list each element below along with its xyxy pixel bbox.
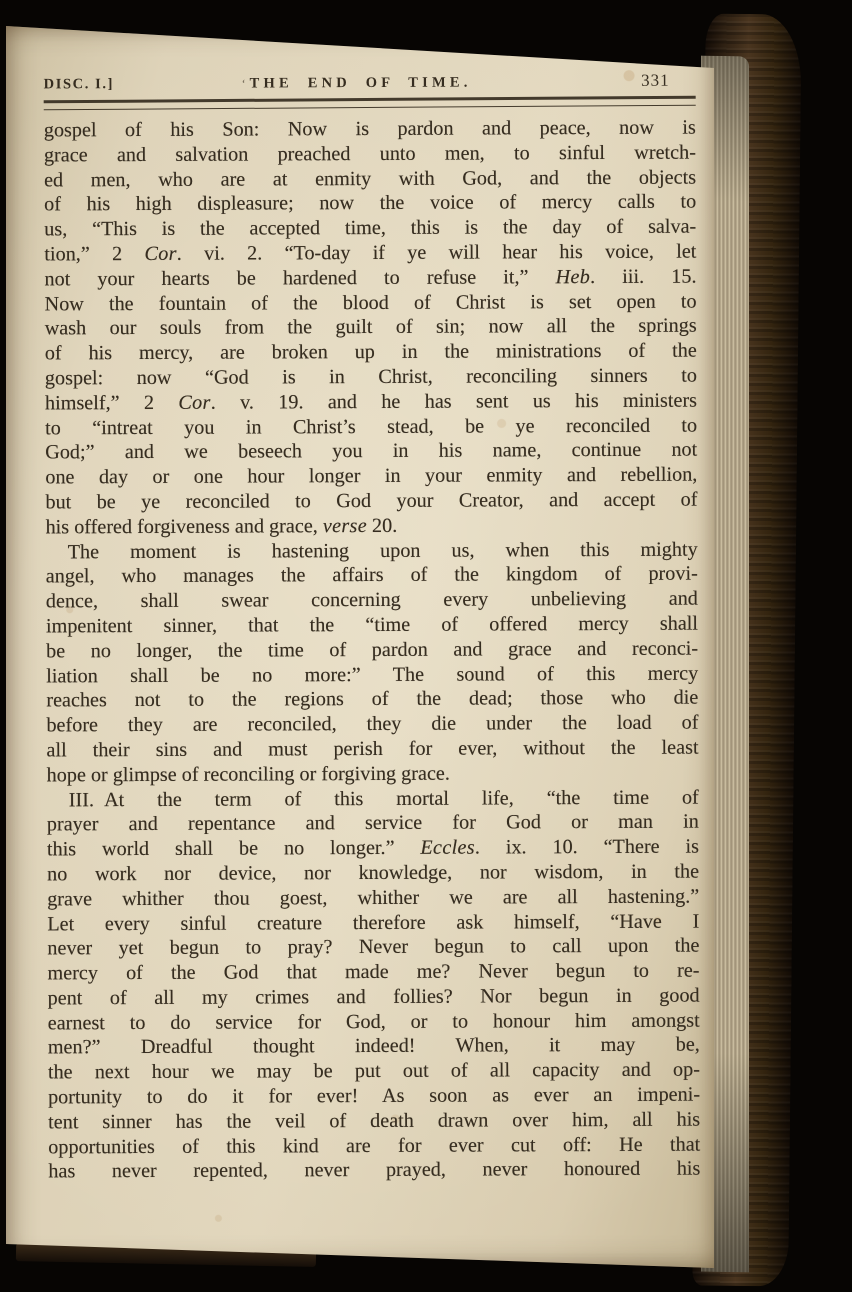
text-line: portunity to do it for ever! As soon as … (48, 1083, 700, 1111)
text-line: grave whither thou goest, whither we are… (47, 884, 699, 912)
text-line: Let every sinful creature therefore ask … (47, 909, 699, 937)
text-line: dence, shall swear concerning every unbe… (46, 587, 698, 615)
text-line: opportunities of this kind are for ever … (48, 1132, 700, 1160)
text-line: ed men, who are at enmity with God, and … (44, 165, 696, 193)
page-number: 331 (513, 71, 696, 92)
text-line: men?” Dreadful thought indeed! When, it … (48, 1033, 700, 1061)
text-line: before they are reconciled, they die und… (46, 711, 698, 739)
text-line: liation shall be no more:” The sound of … (46, 661, 698, 689)
disc-label: DISC. I.] (44, 76, 201, 94)
text-line: prayer and repentance and service for Go… (47, 810, 699, 838)
text-line: has never repented, never prayed, never … (48, 1157, 700, 1185)
book-page: DISC. I.] ‘THE END OF TIME. 331 gospel o… (6, 26, 714, 1268)
text-line: reaches not to the regions of the dead; … (46, 686, 698, 714)
text-line: hope or glimpse of reconciling or forgiv… (47, 760, 699, 788)
text-line: his offered forgiveness and grace, verse… (46, 512, 698, 540)
text-line: mercy of the God that made me? Never beg… (47, 959, 699, 987)
text-line: all their sins and must perish for ever,… (46, 735, 698, 763)
text-line: wash our souls from the guilt of sin; no… (45, 314, 697, 342)
text-line: but be ye reconciled to God your Creator… (45, 488, 697, 516)
text-line: himself,” 2 Cor. v. 19. and he has sent … (45, 388, 697, 416)
running-title: ‘THE END OF TIME. (200, 74, 513, 92)
text-line: III. At the term of this mortal life, “t… (47, 785, 699, 813)
text-line: pent of all my crimes and follies? Nor b… (48, 983, 700, 1011)
text-line: us, “This is the accepted time, this is … (44, 215, 696, 243)
text-line: tent sinner has the veil of death drawn … (48, 1107, 700, 1135)
text-line: of his mercy, are broken up in the minis… (45, 339, 697, 367)
text-line: gospel: now “God is in Christ, reconcili… (45, 364, 697, 392)
text-line: impenitent sinner, that the “time of off… (46, 612, 698, 640)
text-line: of his high displeasure; now the voice o… (44, 190, 696, 218)
header-rule (44, 96, 696, 111)
text-line: The moment is hastening upon us, when th… (46, 537, 698, 565)
text-line: earnest to do service for God, or to hon… (48, 1008, 700, 1036)
page-content: DISC. I.] ‘THE END OF TIME. 331 gospel o… (44, 71, 701, 1185)
text-line: gospel of his Son: Now is pardon and pea… (44, 116, 696, 144)
text-line: God;” and we beseech you in his name, co… (45, 438, 697, 466)
text-line: Now the fountain of the blood of Christ … (45, 289, 697, 317)
text-line: to “intreat you in Christ’s stead, be ye… (45, 413, 697, 441)
text-line: the next hour we may be put out of all c… (48, 1058, 700, 1086)
text-line: be no longer, the time of pardon and gra… (46, 636, 698, 664)
title-artifact-mark: ‘ (242, 77, 246, 91)
running-title-text: THE END OF TIME. (250, 75, 472, 92)
text-line: no work nor device, nor knowledge, nor w… (47, 859, 699, 887)
running-head: DISC. I.] ‘THE END OF TIME. 331 (44, 71, 696, 94)
text-line: angel, who manages the affairs of the ki… (46, 562, 698, 590)
text-line: tion,” 2 Cor. vi. 2. “To-day if ye will … (44, 240, 696, 268)
text-line: not your hearts be hardened to refuse it… (44, 264, 696, 292)
text-block: gospel of his Son: Now is pardon and pea… (44, 116, 701, 1185)
text-line: one day or one hour longer in your enmit… (45, 463, 697, 491)
text-line: grace and salvation preached unto men, t… (44, 140, 696, 168)
text-line: never yet begun to pray? Never begun to … (47, 934, 699, 962)
text-line: this world shall be no longer.” Eccles. … (47, 835, 699, 863)
